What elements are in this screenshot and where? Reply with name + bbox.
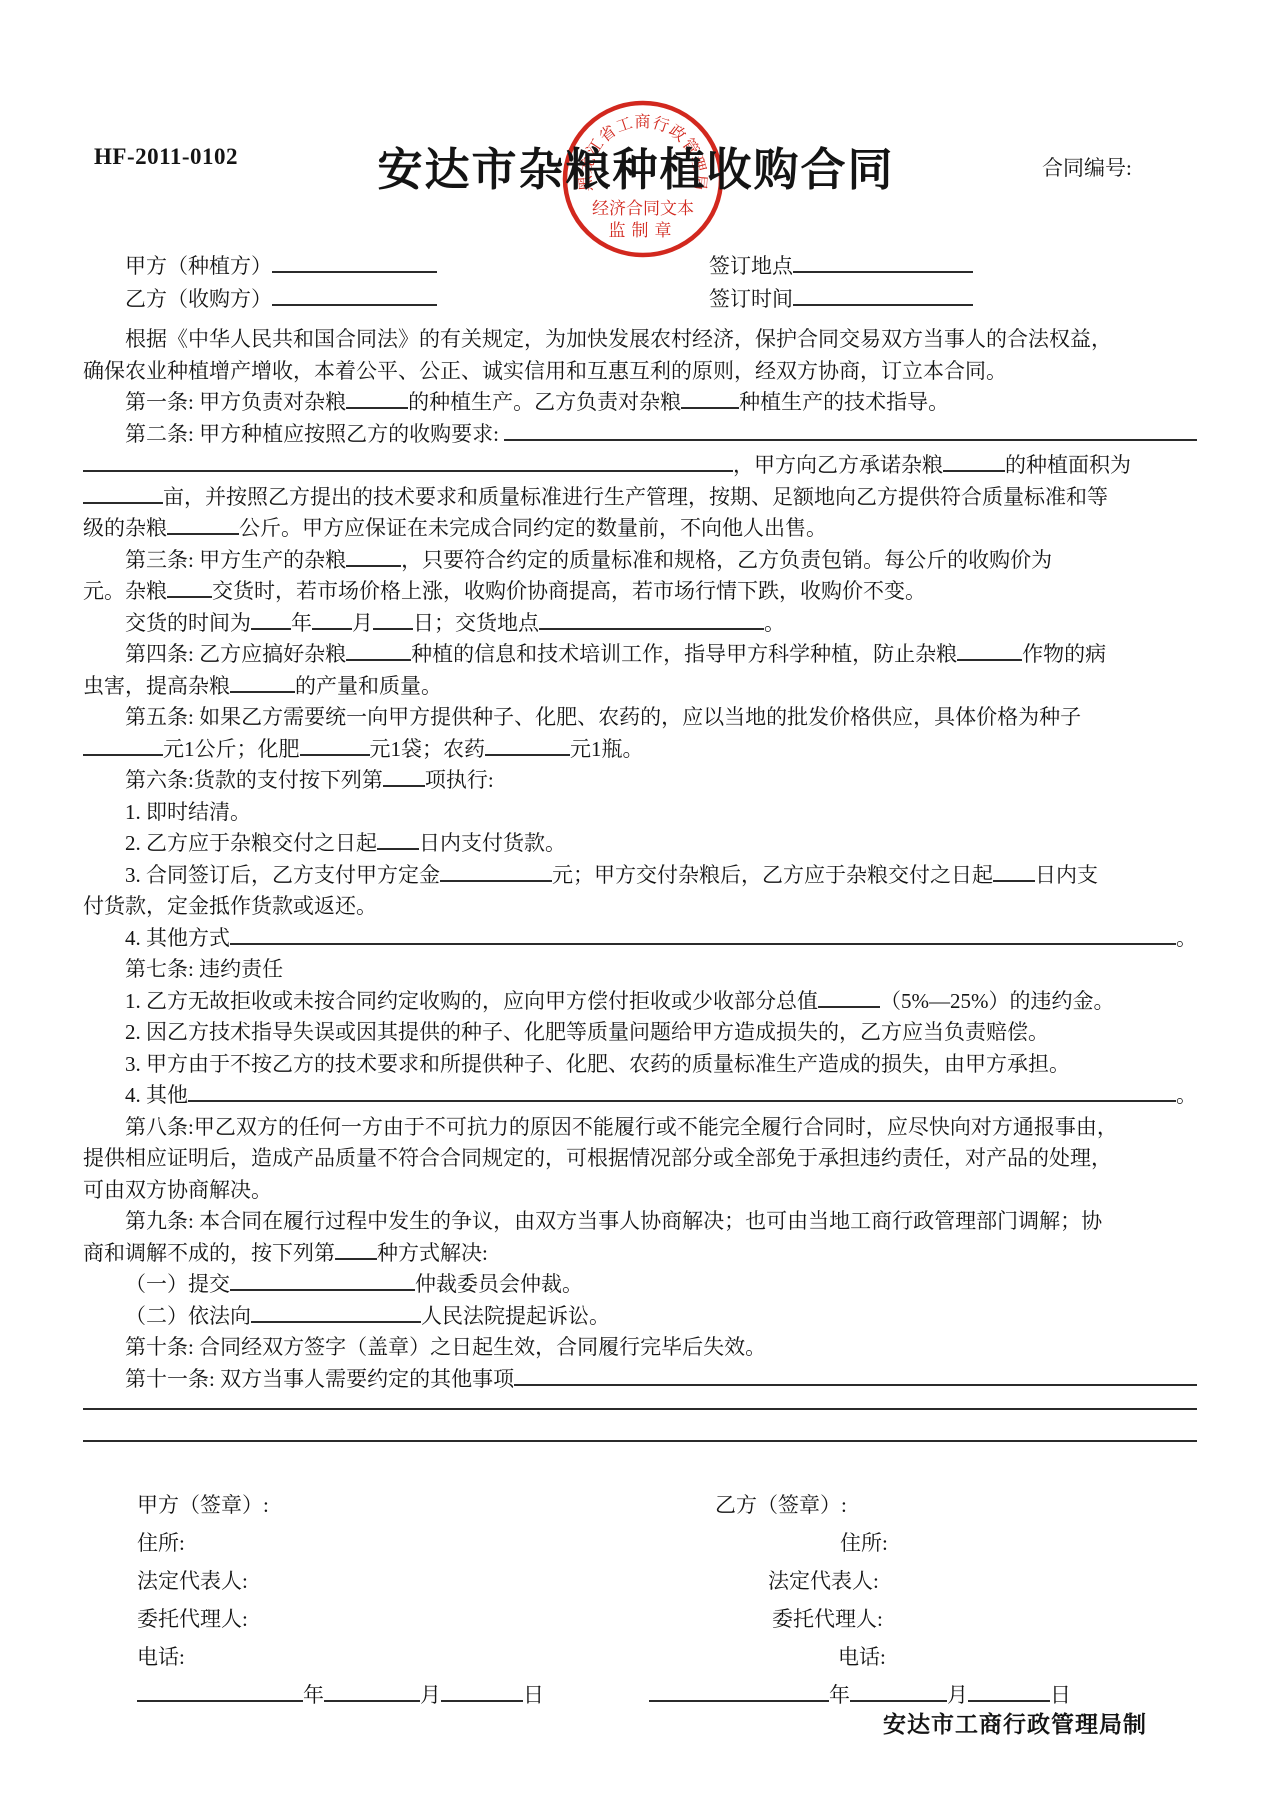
spacer — [83, 723, 125, 724]
line-text: 第二条: 甲方种植应按照乙方的收购要求: — [125, 419, 504, 451]
line-text: 3. 甲方由于不按乙方的技术要求和所提供种子、化肥、农药的质量标准生产造成的损失… — [125, 1049, 1070, 1081]
line-text: 日内支 — [1035, 860, 1098, 892]
line-text: ，甲方向乙方承诺杂粮 — [733, 450, 943, 482]
contract-line: 第四条: 乙方应搞好杂粮种植的信息和技术培训工作，指导甲方科学种植，防止杂粮作物… — [83, 639, 1197, 671]
contract-line: 付货款，定金抵作货款或返还。 — [83, 891, 1197, 923]
line-text: 住所: — [840, 1524, 888, 1562]
line-text: 种植生产的技术指导。 — [739, 387, 949, 419]
line-cell: 住所: — [83, 1524, 649, 1562]
line-text: 日 — [523, 1676, 544, 1714]
line-text: 项执行: — [425, 765, 494, 797]
spacer — [83, 1353, 125, 1354]
blank-field — [335, 1257, 377, 1260]
spacer — [83, 1511, 137, 1512]
line-text: 住所: — [137, 1524, 185, 1562]
blank-field — [993, 879, 1035, 882]
contract-line: 2. 因乙方技术指导失误或因其提供的种子、化肥等质量问题给甲方造成损失的，乙方应… — [83, 1017, 1197, 1049]
blank-field — [83, 1407, 1197, 1410]
page-title: 安达市杂粮种植收购合同 — [377, 133, 894, 198]
document-header: HF-2011-0102 安达市杂粮种植收购合同 合同编号: 黑龙江省工商行政管… — [0, 0, 1280, 250]
line-text: 乙方（签章）: — [715, 1486, 847, 1524]
spacer — [83, 1701, 137, 1702]
blank-field — [83, 753, 163, 756]
contract-page: HF-2011-0102 安达市杂粮种植收购合同 合同编号: 黑龙江省工商行政管… — [0, 0, 1280, 1810]
line-text: 人民法院提起诉讼。 — [421, 1301, 610, 1333]
spacer — [83, 1625, 137, 1626]
contract-line: 第八条:甲乙双方的任何一方由于不可抗力的原因不能履行或不能完全履行合同时，应尽快… — [83, 1112, 1197, 1144]
line-text: 乙方（收购方） — [125, 283, 272, 316]
blank-field — [83, 469, 733, 472]
line-text: 电话: — [137, 1638, 185, 1676]
line-text: 付货款，定金抵作货款或返还。 — [83, 891, 377, 923]
blank-field — [383, 784, 425, 787]
contract-line: 第三条: 甲方生产的杂粮，只要符合约定的质量标准和规格，乙方负责包销。每公斤的收… — [83, 545, 1197, 577]
contract-line — [83, 1439, 1197, 1471]
line-cell: 甲方（签章）: — [83, 1486, 649, 1524]
blank-field — [230, 942, 1176, 945]
line-text: 交货的时间为 — [125, 608, 251, 640]
blank-field — [957, 658, 1022, 661]
contract-line: 3. 合同签订后，乙方支付甲方定金元；甲方交付杂粮后，乙方应于杂粮交付之日起日内… — [83, 860, 1197, 892]
line-text: 第七条: 违约责任 — [125, 954, 283, 986]
spacer — [649, 1663, 838, 1664]
contract-number-label: 合同编号: — [1042, 152, 1132, 182]
contract-line: 提供相应证明后，造成产品质量不符合合同规定的，可根据情况部分或全部免于承担违约责… — [83, 1143, 1197, 1175]
spacer — [83, 944, 125, 945]
blank-field — [373, 627, 413, 630]
spacer — [83, 975, 125, 976]
blank-field — [441, 1699, 523, 1702]
line-text: 第十条: 合同经双方签字（盖章）之日起生效，合同履行完毕后失效。 — [125, 1332, 766, 1364]
contract-line: 确保农业种植增产增收，本着公平、公正、诚实信用和互惠互利的原则，经双方协商，订立… — [83, 356, 1197, 388]
contract-line: 1. 即时结清。 — [83, 797, 1197, 829]
line-cell: 年月日 — [83, 1676, 649, 1714]
contract-line: 甲方（签章）:乙方（签章）: — [83, 1486, 1197, 1524]
line-cell: 委托代理人: — [83, 1600, 649, 1638]
spacer — [649, 1549, 840, 1550]
line-text: 3. 合同签订后，乙方支付甲方定金 — [125, 860, 440, 892]
contract-line: 商和调解不成的，按下列第种方式解决: — [83, 1238, 1197, 1270]
spacer — [83, 1385, 125, 1386]
contract-line: 乙方（收购方）签订时间 — [83, 283, 1197, 316]
line-text: （二）依法向 — [125, 1301, 251, 1333]
contract-line: 3. 甲方由于不按乙方的技术要求和所提供种子、化肥、农药的质量标准生产造成的损失… — [83, 1049, 1197, 1081]
line-text: 法定代表人: — [137, 1562, 248, 1600]
line-cell: 法定代表人: — [83, 1562, 649, 1600]
contract-line: 电话:电话: — [83, 1638, 1197, 1676]
line-text: 种植的信息和技术培训工作，指导甲方科学种植，防止杂粮 — [411, 639, 957, 671]
spacer — [83, 849, 125, 850]
line-text: 的产量和质量。 — [295, 671, 442, 703]
line-text: 仲裁委员会仲裁。 — [415, 1269, 583, 1301]
line-text: 的种植生产。乙方负责对杂粮 — [408, 387, 681, 419]
contract-line: （一）提交仲裁委员会仲裁。 — [83, 1269, 1197, 1301]
spacer — [83, 881, 125, 882]
line-text: 日；交货地点 — [413, 608, 539, 640]
contract-line — [83, 1407, 1197, 1439]
contract-line: 4. 其他方式。 — [83, 923, 1197, 955]
contract-line: 元。杂粮交货时，若市场价格上涨，收购价协商提高，若市场行情下跌，收购价不变。 — [83, 576, 1197, 608]
spacer — [649, 1587, 768, 1588]
blank-field — [818, 1005, 880, 1008]
line-text: 月 — [420, 1676, 441, 1714]
line-text: 4. 其他方式 — [125, 923, 230, 955]
spacer — [83, 1101, 125, 1102]
contract-line: 第九条: 本合同在履行过程中发生的争议，由双方当事人协商解决；也可由当地工商行政… — [83, 1206, 1197, 1238]
blank-field — [167, 532, 239, 535]
blank-field — [514, 1383, 1197, 1386]
blank-field — [251, 1320, 421, 1323]
line-text: 元。杂粮 — [83, 576, 167, 608]
stamp-center-line2: 监制章 — [609, 220, 678, 240]
line-cell: 乙方（签章）: — [649, 1486, 1197, 1524]
line-text: 亩，并按照乙方提出的技术要求和质量标准进行生产管理，按期、足额地向乙方提供符合质… — [163, 482, 1108, 514]
blank-field — [300, 753, 370, 756]
line-text: 种方式解决: — [377, 1238, 488, 1270]
spacer — [649, 1625, 772, 1626]
contract-line: 4. 其他。 — [83, 1080, 1197, 1112]
line-text: 委托代理人: — [137, 1600, 248, 1638]
line-text: 月 — [352, 608, 373, 640]
blank-field — [188, 1099, 1176, 1102]
footer-issuer: 安达市工商行政管理局制 — [883, 1706, 1147, 1739]
blank-field — [346, 658, 411, 661]
line-text: 元1瓶。 — [570, 734, 644, 766]
line-text: 签订时间 — [709, 283, 793, 316]
line-text: 虫害，提高杂粮 — [83, 671, 230, 703]
contract-line: 交货的时间为年月日；交货地点。 — [83, 608, 1197, 640]
line-text: 级的杂粮 — [83, 513, 167, 545]
blank-field — [793, 270, 973, 273]
line-text: 的种植面积为 — [1005, 450, 1131, 482]
spacer — [83, 1290, 125, 1291]
blank-field — [83, 501, 163, 504]
contract-line: ，甲方向乙方承诺杂粮的种植面积为 — [83, 450, 1197, 482]
blank-field — [968, 1699, 1050, 1702]
spacer — [83, 1070, 125, 1071]
line-text: 元1公斤；化肥 — [163, 734, 300, 766]
line-text: 可由双方协商解决。 — [83, 1175, 272, 1207]
blank-field — [943, 469, 1005, 472]
contract-body: 甲方（种植方）签订地点乙方（收购方）签订时间根据《中华人民共和国合同法》的有关规… — [83, 250, 1197, 1714]
line-text: 年 — [291, 608, 312, 640]
contract-line: 第五条: 如果乙方需要统一向甲方提供种子、化肥、农药的，应以当地的批发价格供应，… — [83, 702, 1197, 734]
spacer — [83, 1663, 137, 1664]
signature-section: 甲方（签章）:乙方（签章）:住所:住所:法定代表人:法定代表人:委托代理人:委托… — [83, 1486, 1197, 1714]
spacer — [83, 272, 125, 273]
line-text: 第五条: 如果乙方需要统一向甲方提供种子、化肥、农药的，应以当地的批发价格供应，… — [125, 702, 1081, 734]
line-cell: 法定代表人: — [649, 1562, 1197, 1600]
line-text: 年 — [829, 1676, 850, 1714]
line-text: 委托代理人: — [772, 1600, 883, 1638]
contract-line: 第一条: 甲方负责对杂粮的种植生产。乙方负责对杂粮种植生产的技术指导。 — [83, 387, 1197, 419]
contract-line: 第七条: 违约责任 — [83, 954, 1197, 986]
line-text: ，只要符合约定的质量标准和规格，乙方负责包销。每公斤的收购价为 — [401, 545, 1052, 577]
line-text: 年 — [303, 1676, 324, 1714]
blank-field — [346, 406, 408, 409]
contract-clauses: 甲方（种植方）签订地点乙方（收购方）签订时间根据《中华人民共和国合同法》的有关规… — [83, 250, 1197, 1470]
line-text: 作物的病 — [1022, 639, 1106, 671]
spacer — [83, 1587, 137, 1588]
blank-field — [346, 564, 401, 567]
line-text: 1. 即时结清。 — [125, 797, 251, 829]
line-text: 元；甲方交付杂粮后，乙方应于杂粮交付之日起 — [552, 860, 993, 892]
line-text: （一）提交 — [125, 1269, 230, 1301]
blank-field — [681, 406, 739, 409]
form-code: HF-2011-0102 — [94, 144, 238, 170]
blank-field — [312, 627, 352, 630]
line-text: 公斤。甲方应保证在未完成合同约定的数量前，不向他人出售。 — [239, 513, 827, 545]
blank-field — [167, 595, 212, 598]
contract-line: 2. 乙方应于杂粮交付之日起日内支付货款。 — [83, 828, 1197, 860]
line-text: 交货时，若市场价格上涨，收购价协商提高，若市场行情下跌，收购价不变。 — [212, 576, 926, 608]
line-text: 第四条: 乙方应搞好杂粮 — [125, 639, 346, 671]
line-cell: 签订时间 — [703, 283, 1197, 316]
line-text: 2. 乙方应于杂粮交付之日起 — [125, 828, 377, 860]
blank-field — [850, 1699, 947, 1702]
contract-line: 1. 乙方无故拒收或未按合同约定收购的，应向甲方偿付拒收或少收部分总值（5%—2… — [83, 986, 1197, 1018]
contract-line: 虫害，提高杂粮的产量和质量。 — [83, 671, 1197, 703]
line-text: 4. 其他 — [125, 1080, 188, 1112]
line-text: 电话: — [838, 1638, 886, 1676]
blank-field — [230, 690, 295, 693]
line-cell: 电话: — [83, 1638, 649, 1676]
blank-field — [649, 1699, 829, 1702]
line-text: 确保农业种植增产增收，本着公平、公正、诚实信用和互惠互利的原则，经双方协商，订立… — [83, 356, 1007, 388]
line-text: 1. 乙方无故拒收或未按合同约定收购的，应向甲方偿付拒收或少收部分总值 — [125, 986, 818, 1018]
spacer — [83, 1227, 125, 1228]
spacer — [83, 1133, 125, 1134]
spacer — [649, 1511, 715, 1512]
spacer — [83, 1038, 125, 1039]
line-text: 第九条: 本合同在履行过程中发生的争议，由双方当事人协商解决；也可由当地工商行政… — [125, 1206, 1102, 1238]
line-text: 甲方（签章）: — [137, 1486, 269, 1524]
blank-field — [485, 753, 570, 756]
line-text: （5%—25%）的违约金。 — [880, 986, 1115, 1018]
line-text: 第一条: 甲方负责对杂粮 — [125, 387, 346, 419]
stamp-center-line1: 经济合同文本 — [592, 199, 694, 218]
contract-line: 第二条: 甲方种植应按照乙方的收购要求: — [83, 419, 1197, 451]
line-cell: 委托代理人: — [649, 1600, 1197, 1638]
contract-line: 第十一条: 双方当事人需要约定的其他事项 — [83, 1364, 1197, 1396]
spacer — [83, 1007, 125, 1008]
spacer — [83, 786, 125, 787]
line-text: 第六条:货款的支付按下列第 — [125, 765, 383, 797]
line-cell: 住所: — [649, 1524, 1197, 1562]
contract-line: 亩，并按照乙方提出的技术要求和质量标准进行生产管理，按期、足额地向乙方提供符合质… — [83, 482, 1197, 514]
spacer — [83, 440, 125, 441]
blank-field — [324, 1699, 420, 1702]
contract-line: 法定代表人:法定代表人: — [83, 1562, 1197, 1600]
spacer — [83, 818, 125, 819]
blank-field — [377, 847, 419, 850]
line-cell: 电话: — [649, 1638, 1197, 1676]
blank-field — [251, 627, 291, 630]
spacer — [83, 660, 125, 661]
spacer — [83, 305, 125, 306]
line-cell: 乙方（收购方） — [83, 283, 703, 316]
line-text: 第八条:甲乙双方的任何一方由于不可抗力的原因不能履行或不能完全履行合同时，应尽快… — [125, 1112, 1118, 1144]
contract-line: 委托代理人:委托代理人: — [83, 1600, 1197, 1638]
line-text: 第十一条: 双方当事人需要约定的其他事项 — [125, 1364, 514, 1396]
line-text: 日内支付货款。 — [419, 828, 566, 860]
contract-line: 第十条: 合同经双方签字（盖章）之日起生效，合同履行完毕后失效。 — [83, 1332, 1197, 1364]
line-text: 。 — [764, 608, 785, 640]
contract-line: （二）依法向人民法院提起诉讼。 — [83, 1301, 1197, 1333]
blank-field — [230, 1288, 415, 1291]
line-cell: 签订地点 — [703, 250, 1197, 283]
contract-line: 元1公斤；化肥元1袋；农药元1瓶。 — [83, 734, 1197, 766]
spacer — [83, 629, 125, 630]
line-text: 法定代表人: — [768, 1562, 879, 1600]
blank-field — [504, 438, 1197, 441]
contract-line: 住所:住所: — [83, 1524, 1197, 1562]
contract-line: 级的杂粮公斤。甲方应保证在未完成合同约定的数量前，不向他人出售。 — [83, 513, 1197, 545]
spacer — [83, 408, 125, 409]
blank-field — [539, 627, 764, 630]
contract-line: 第六条:货款的支付按下列第项执行: — [83, 765, 1197, 797]
line-text: 第三条: 甲方生产的杂粮 — [125, 545, 346, 577]
blank-field — [793, 303, 973, 306]
line-text: 2. 因乙方技术指导失误或因其提供的种子、化肥等质量问题给甲方造成损失的，乙方应… — [125, 1017, 1049, 1049]
line-text: 。 — [1176, 923, 1197, 955]
contract-line: 可由双方协商解决。 — [83, 1175, 1197, 1207]
contract-line: 根据《中华人民共和国合同法》的有关规定，为加快发展农村经济，保护合同交易双方当事… — [83, 324, 1197, 356]
blank-field — [272, 303, 437, 306]
line-text: 元1袋；农药 — [370, 734, 486, 766]
spacer — [83, 1322, 125, 1323]
line-text: 提供相应证明后，造成产品质量不符合合同规定的，可根据情况部分或全部免于承担违约责… — [83, 1143, 1112, 1175]
line-text: 。 — [1176, 1080, 1197, 1112]
line-text: 根据《中华人民共和国合同法》的有关规定，为加快发展农村经济，保护合同交易双方当事… — [125, 324, 1112, 356]
blank-field — [440, 879, 552, 882]
spacer — [83, 345, 125, 346]
blank-field — [83, 1439, 1197, 1442]
spacer — [83, 1549, 137, 1550]
spacer — [83, 566, 125, 567]
line-text: 甲方（种植方） — [125, 250, 272, 283]
line-text: 商和调解不成的，按下列第 — [83, 1238, 335, 1270]
blank-field — [272, 270, 437, 273]
blank-field — [137, 1699, 303, 1702]
